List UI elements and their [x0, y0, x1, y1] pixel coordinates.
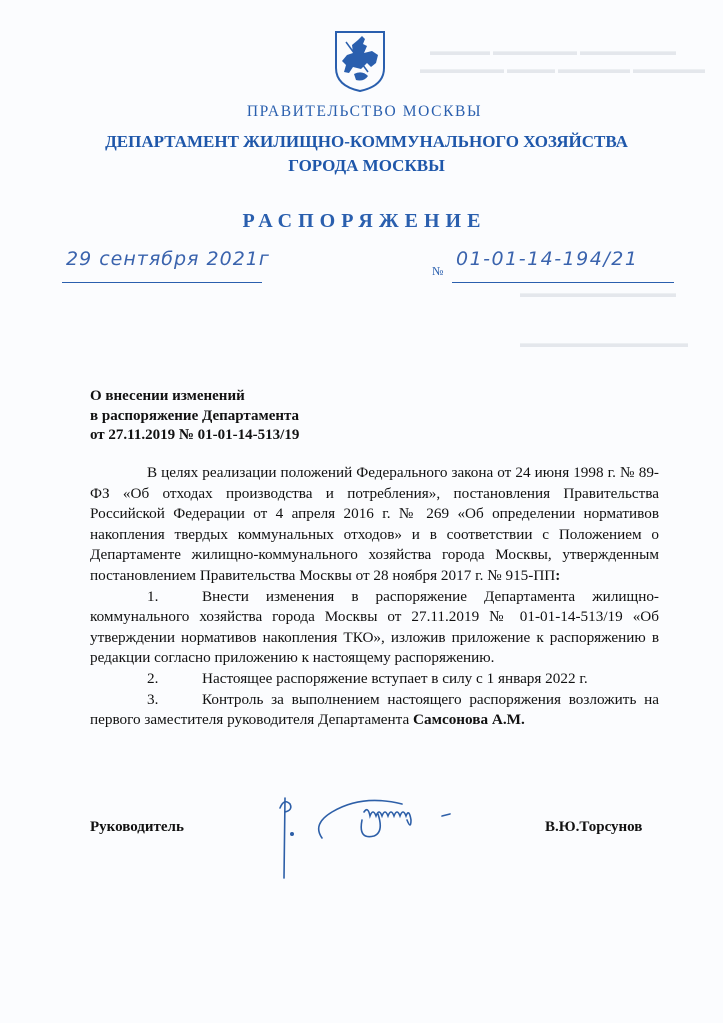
- bleed-through-text: ▬▬▬▬▬▬▬▬▬▬▬▬▬: [520, 286, 676, 301]
- item-number: 2.: [147, 669, 202, 690]
- item-text: Настоящее распоряжение вступает в силу с…: [202, 670, 588, 687]
- preamble-colon: :: [555, 567, 560, 584]
- signatory-role: Руководитель: [90, 819, 184, 836]
- number-label: №: [432, 264, 443, 279]
- department-heading: ДЕПАРТАМЕНТ ЖИЛИЩНО-КОММУНАЛЬНОГО ХОЗЯЙС…: [0, 130, 723, 178]
- document-page: ▬▬▬▬▬ ▬▬▬▬▬▬▬ ▬▬▬▬▬▬▬▬ ▬▬▬▬▬▬▬ ▬▬▬▬ ▬▬▬▬…: [0, 0, 723, 1023]
- order-item-1: 1.Внести изменения в распоряжение Департ…: [90, 587, 659, 669]
- government-heading: ПРАВИТЕЛЬСТВО МОСКВЫ: [0, 103, 723, 121]
- handwritten-signature-icon: [260, 790, 530, 880]
- bleed-through-text: ▬▬▬▬▬ ▬▬▬▬▬▬▬ ▬▬▬▬▬▬▬▬: [430, 44, 676, 59]
- handwritten-number: 01-01-14-194/21: [456, 248, 638, 270]
- body-text: В целях реализации положений Федеральног…: [90, 463, 659, 731]
- department-line-2: ГОРОДА МОСКВЫ: [10, 154, 723, 178]
- bleed-through-text: ▬▬▬▬▬▬▬ ▬▬▬▬ ▬▬▬▬▬▬ ▬▬▬▬▬▬: [420, 62, 705, 77]
- handwritten-date: 29 сентября 2021г: [66, 248, 270, 270]
- item-number: 1.: [147, 587, 202, 608]
- order-item-2: 2.Настоящее распоряжение вступает в силу…: [90, 669, 659, 690]
- signatory-name: В.Ю.Торсунов: [545, 819, 642, 836]
- preamble-paragraph: В целях реализации положений Федеральног…: [90, 463, 659, 587]
- deputy-name: Самсонова А.М.: [413, 711, 525, 728]
- document-type-title: РАСПОРЯЖЕНИЕ: [0, 210, 723, 233]
- item-number: 3.: [147, 690, 202, 711]
- subject-line-2: в распоряжение Департамента: [90, 407, 299, 427]
- subject-line-1: О внесении изменений: [90, 387, 299, 407]
- preamble-text: В целях реализации положений Федеральног…: [90, 464, 659, 584]
- subject-block: О внесении изменений в распоряжение Депа…: [90, 387, 299, 446]
- order-item-3: 3.Контроль за выполнением настоящего рас…: [90, 690, 659, 731]
- bleed-through-text: ▬▬▬▬▬▬▬▬▬▬▬▬▬▬: [520, 336, 688, 351]
- department-line-1: ДЕПАРТАМЕНТ ЖИЛИЩНО-КОММУНАЛЬНОГО ХОЗЯЙС…: [10, 130, 723, 154]
- moscow-coat-of-arms-icon: [332, 28, 388, 94]
- subject-line-3: от 27.11.2019 № 01-01-14-513/19: [90, 426, 299, 446]
